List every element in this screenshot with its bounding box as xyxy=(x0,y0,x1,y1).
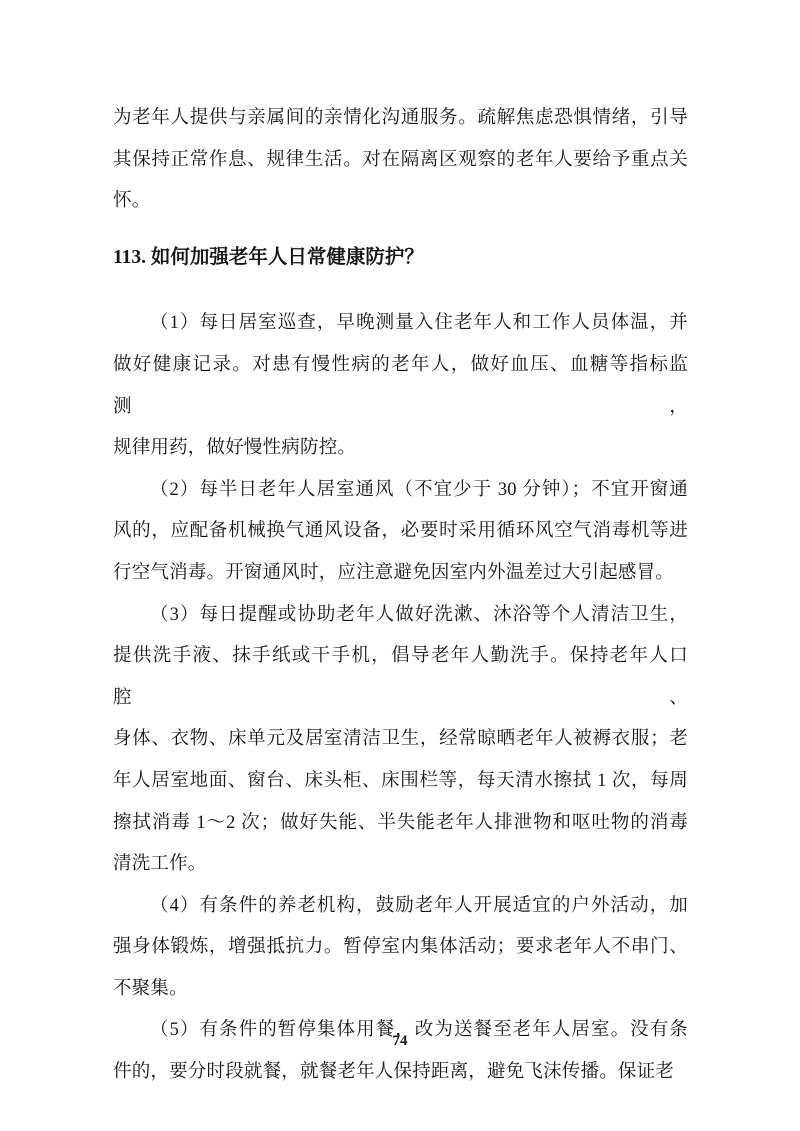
answer-paragraph-3: （3）每日提醒或协助老年人做好洗漱、沐浴等个人清洁卫生，提供洗手液、抹手纸或干手… xyxy=(113,595,688,886)
answer-paragraph-4: （4）有条件的养老机构，鼓励老年人开展适宜的户外活动，加强身体锻炼，增强抵抗力。… xyxy=(113,886,688,1011)
answer-paragraph-1: （1）每日居室巡查，早晚测量入住老年人和工作人员体温，并做好健康记录。对患有慢性… xyxy=(113,303,688,469)
text-line: 件的，要分时段就餐，就餐老年人保持距离，避免飞沫传播。保证老 xyxy=(113,1052,688,1094)
text-line: 清洗工作。 xyxy=(113,844,688,886)
text-line: 做好健康记录。对患有慢性病的老年人，做好血压、血糖等指标监测， xyxy=(113,345,688,428)
text-line: 提供洗手液、抹手纸或干手机，倡导老年人勤洗手。保持老年人口腔、 xyxy=(113,636,688,719)
answer-paragraph-2: （2）每半日老年人居室通风（不宜少于 30 分钟）；不宜开窗通风的，应配备机械换… xyxy=(113,470,688,595)
intro-paragraph: 为老年人提供与亲属间的亲情化沟通服务。疏解焦虑恐惧情绪，引导其保持正常作息、规律… xyxy=(113,98,688,223)
text-line: 身体、衣物、床单元及居室清洁卫生，经常晾晒老年人被褥衣服；老 xyxy=(113,719,688,761)
text-line: 年人居室地面、窗台、床头柜、床围栏等，每天清水擦拭 1 次，每周 xyxy=(113,761,688,803)
text-line: 风的，应配备机械换气通风设备，必要时采用循环风空气消毒机等进 xyxy=(113,511,688,553)
question-heading: 113. 如何加强老年人日常健康防护？ xyxy=(113,237,688,279)
text-line: 行空气消毒。开窗通风时，应注意避免因室内外温差过大引起感冒。 xyxy=(113,553,688,595)
answer-paragraph-5: （5）有条件的暂停集体用餐，改为送餐至老年人居室。没有条件的，要分时段就餐，就餐… xyxy=(113,1010,688,1093)
document-page: 为老年人提供与亲属间的亲情化沟通服务。疏解焦虑恐惧情绪，引导其保持正常作息、规律… xyxy=(0,0,800,1131)
text-line: （1）每日居室巡查，早晚测量入住老年人和工作人员体温，并 xyxy=(113,303,688,345)
text-line: 规律用药，做好慢性病防控。 xyxy=(113,428,688,470)
text-line: 强身体锻炼，增强抵抗力。暂停室内集体活动；要求老年人不串门、 xyxy=(113,927,688,969)
text-line: 为老年人提供与亲属间的亲情化沟通服务。疏解焦虑恐惧情绪，引导 xyxy=(113,98,688,140)
text-line: 怀。 xyxy=(113,181,688,223)
page-content: 为老年人提供与亲属间的亲情化沟通服务。疏解焦虑恐惧情绪，引导其保持正常作息、规律… xyxy=(0,0,800,1094)
text-line: （2）每半日老年人居室通风（不宜少于 30 分钟）；不宜开窗通 xyxy=(113,470,688,512)
text-line: 其保持正常作息、规律生活。对在隔离区观察的老年人要给予重点关 xyxy=(113,140,688,182)
page-number: 74 xyxy=(0,1031,800,1051)
text-line: 不聚集。 xyxy=(113,969,688,1011)
text-line: 擦拭消毒 1～2 次；做好失能、半失能老年人排泄物和呕吐物的消毒 xyxy=(113,803,688,845)
text-line: （3）每日提醒或协助老年人做好洗漱、沐浴等个人清洁卫生， xyxy=(113,595,688,637)
text-line: （4）有条件的养老机构，鼓励老年人开展适宜的户外活动，加 xyxy=(113,886,688,928)
